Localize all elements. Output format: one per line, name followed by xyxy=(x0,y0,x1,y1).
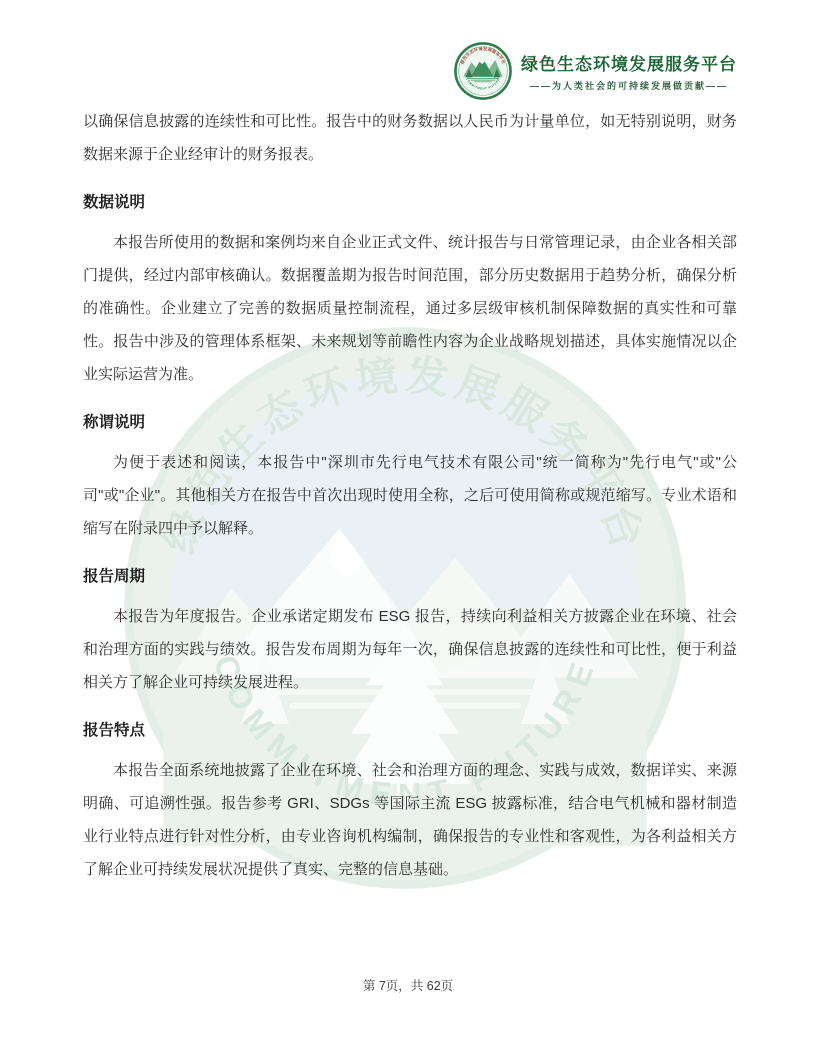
platform-subtitle: ——为人类社会的可持续发展做贡献—— xyxy=(530,79,728,92)
section-heading-data-notes: 数据说明 xyxy=(83,192,737,213)
platform-title: 绿色生态环境发展服务平台 xyxy=(521,50,737,75)
platform-logo-icon: 绿色生态环境发展服务平台 COMMITMENT FUTURE xyxy=(454,42,512,100)
section-paragraph-report-features: 本报告全面系统地披露了企业在环境、社会和治理方面的理念、实践与成效，数据详实、来… xyxy=(83,754,737,886)
document-page: 绿色生态环境发展服务平台 COMMITMENT FUTURE xyxy=(0,0,816,1056)
section-heading-report-cycle: 报告周期 xyxy=(83,566,737,587)
paragraph-intro-continuation: 以确保信息披露的连续性和可比性。报告中的财务数据以人民币为计量单位，如无特别说明… xyxy=(83,105,737,171)
document-body: 以确保信息披露的连续性和可比性。报告中的财务数据以人民币为计量单位，如无特别说明… xyxy=(83,105,737,886)
page-number: 第 7页，共 62页 xyxy=(363,979,453,993)
section-heading-naming-notes: 称谓说明 xyxy=(83,412,737,433)
section-paragraph-naming-notes: 为便于表述和阅读，本报告中"深圳市先行电气技术有限公司"统一简称为"先行电气"或… xyxy=(83,446,737,545)
page-footer: 第 7页，共 62页 xyxy=(0,976,816,995)
brand-block: 绿色生态环境发展服务平台 ——为人类社会的可持续发展做贡献—— xyxy=(521,50,737,92)
page-header: 绿色生态环境发展服务平台 COMMITMENT FUTURE 绿色生态环境发展服… xyxy=(0,42,737,100)
section-heading-report-features: 报告特点 xyxy=(83,720,737,741)
section-paragraph-report-cycle: 本报告为年度报告。企业承诺定期发布 ESG 报告，持续向利益相关方披露企业在环境… xyxy=(83,600,737,699)
section-paragraph-data-notes: 本报告所使用的数据和案例均来自企业正式文件、统计报告与日常管理记录，由企业各相关… xyxy=(83,226,737,391)
